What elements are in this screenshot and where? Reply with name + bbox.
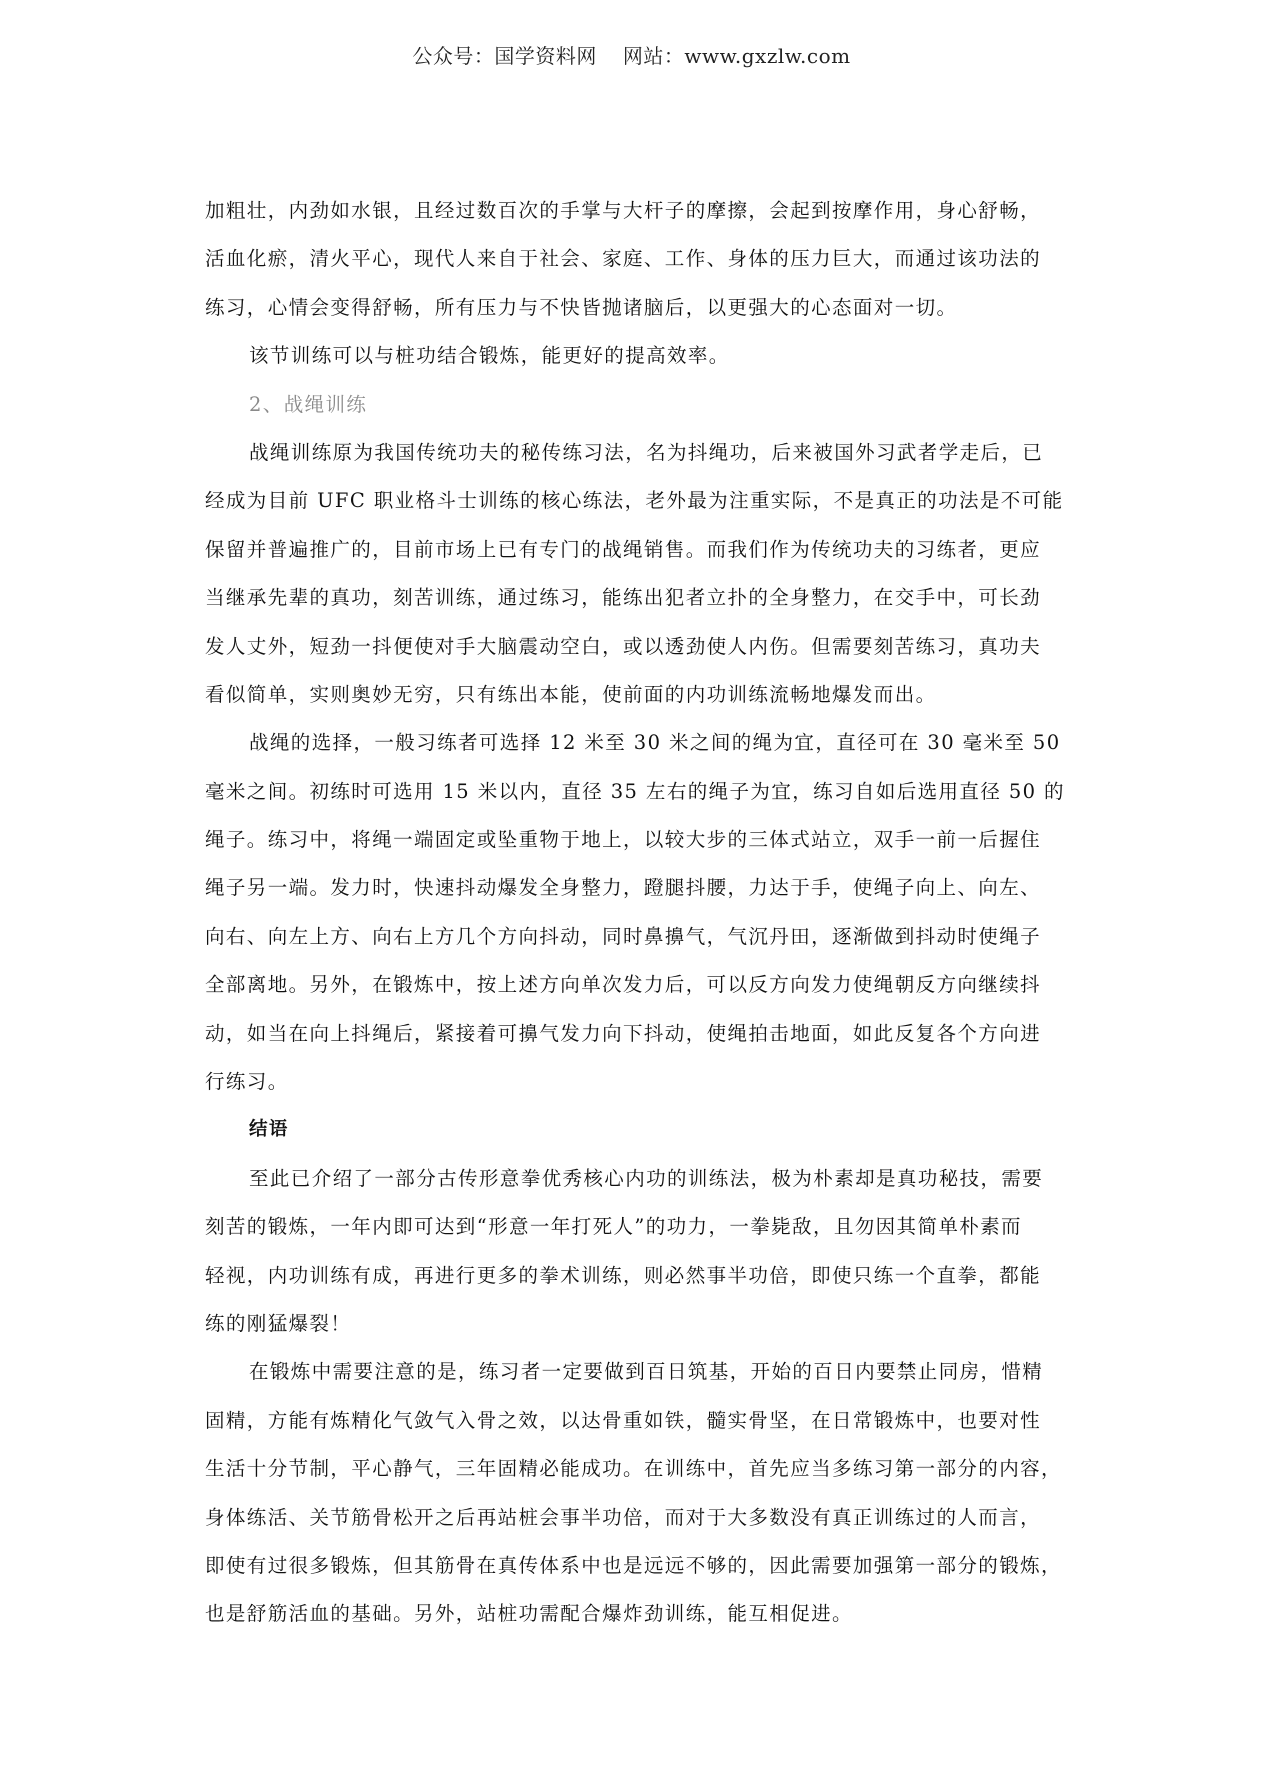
text-line: 在锻炼中需要注意的是，练习者一定要做到百日筑基，开始的百日内要禁止同房，惜精 (205, 1357, 1055, 1405)
text-line: 经成为目前 UFC 职业格斗士训练的核心练法，老外最为注重实际，不是真正的功法是… (205, 486, 1055, 534)
section-heading: 2、战绳训练 (205, 390, 1055, 438)
text-line: 全部离地。另外，在锻炼中，按上述方向单次发力后，可以反方向发力使绳朝反方向继续抖 (205, 970, 1055, 1018)
document-body: 加粗壮，内劲如水银，且经过数百次的手掌与大杆子的摩擦，会起到按摩作用，身心舒畅，… (205, 196, 1055, 1648)
website-label: 网站：www.gxzlw.com (623, 44, 851, 68)
text-line: 战绳训练原为我国传统功夫的秘传练习法，名为抖绳功，后来被国外习武者学走后，已 (205, 438, 1055, 486)
text-line: 行练习。 (205, 1067, 1055, 1115)
text-line: 绳子。练习中，将绳一端固定或坠重物于地上，以较大步的三体式站立，双手一前一后握住 (205, 825, 1055, 873)
text-line: 身体练活、关节筋骨松开之后再站桩会事半功倍，而对于大多数没有真正训练过的人而言， (205, 1503, 1055, 1551)
wechat-account-label: 公众号：国学资料网 (412, 44, 597, 68)
text-line: 轻视，内功训练有成，再进行更多的拳术训练，则必然事半功倍，即使只练一个直拳，都能 (205, 1261, 1055, 1309)
text-line: 保留并普遍推广的，目前市场上已有专门的战绳销售。而我们作为传统功夫的习练者，更应 (205, 535, 1055, 583)
text-line: 当继承先辈的真功，刻苦训练，通过练习，能练出犯者立扑的全身整力，在交手中，可长劲 (205, 583, 1055, 631)
text-line: 加粗壮，内劲如水银，且经过数百次的手掌与大杆子的摩擦，会起到按摩作用，身心舒畅， (205, 196, 1055, 244)
text-line: 固精，方能有炼精化气敛气入骨之效，以达骨重如铁，髓实骨坚，在日常锻炼中，也要对性 (205, 1406, 1055, 1454)
text-line: 该节训练可以与桩功结合锻炼，能更好的提高效率。 (205, 341, 1055, 389)
conclusion-heading: 结语 (205, 1115, 1055, 1163)
page-header: 公众号：国学资料网网站：www.gxzlw.com (0, 40, 1263, 69)
text-line: 即使有过很多锻炼，但其筋骨在真传体系中也是远远不够的，因此需要加强第一部分的锻炼… (205, 1551, 1055, 1599)
text-line: 发人丈外，短劲一抖便使对手大脑震动空白，或以透劲使人内伤。但需要刻苦练习，真功夫 (205, 632, 1055, 680)
text-line: 刻苦的锻炼，一年内即可达到“形意一年打死人”的功力，一拳毙敌，且勿因其简单朴素而 (205, 1212, 1055, 1260)
text-line: 看似简单，实则奥妙无穷，只有练出本能，使前面的内功训练流畅地爆发而出。 (205, 680, 1055, 728)
text-line: 毫米之间。初练时可选用 15 米以内，直径 35 左右的绳子为宜，练习自如后选用… (205, 777, 1055, 825)
text-line: 至此已介绍了一部分古传形意拳优秀核心内功的训练法，极为朴素却是真功秘技，需要 (205, 1164, 1055, 1212)
text-line: 战绳的选择，一般习练者可选择 12 米至 30 米之间的绳为宜，直径可在 30 … (205, 728, 1055, 776)
text-line: 练的刚猛爆裂！ (205, 1309, 1055, 1357)
text-line: 绳子另一端。发力时，快速抖动爆发全身整力，蹬腿抖腰，力达于手，使绳子向上、向左、 (205, 873, 1055, 921)
text-line: 向右、向左上方、向右上方几个方向抖动，同时鼻擤气，气沉丹田，逐渐做到抖动时使绳子 (205, 922, 1055, 970)
text-line: 生活十分节制，平心静气，三年固精必能成功。在训练中，首先应当多练习第一部分的内容… (205, 1454, 1055, 1502)
text-line: 动，如当在向上抖绳后，紧接着可擤气发力向下抖动，使绳拍击地面，如此反复各个方向进 (205, 1019, 1055, 1067)
text-line: 也是舒筋活血的基础。另外，站桩功需配合爆炸劲训练，能互相促进。 (205, 1599, 1055, 1647)
text-line: 练习，心情会变得舒畅，所有压力与不快皆抛诸脑后，以更强大的心态面对一切。 (205, 293, 1055, 341)
text-line: 活血化瘀，清火平心，现代人来自于社会、家庭、工作、身体的压力巨大，而通过该功法的 (205, 244, 1055, 292)
